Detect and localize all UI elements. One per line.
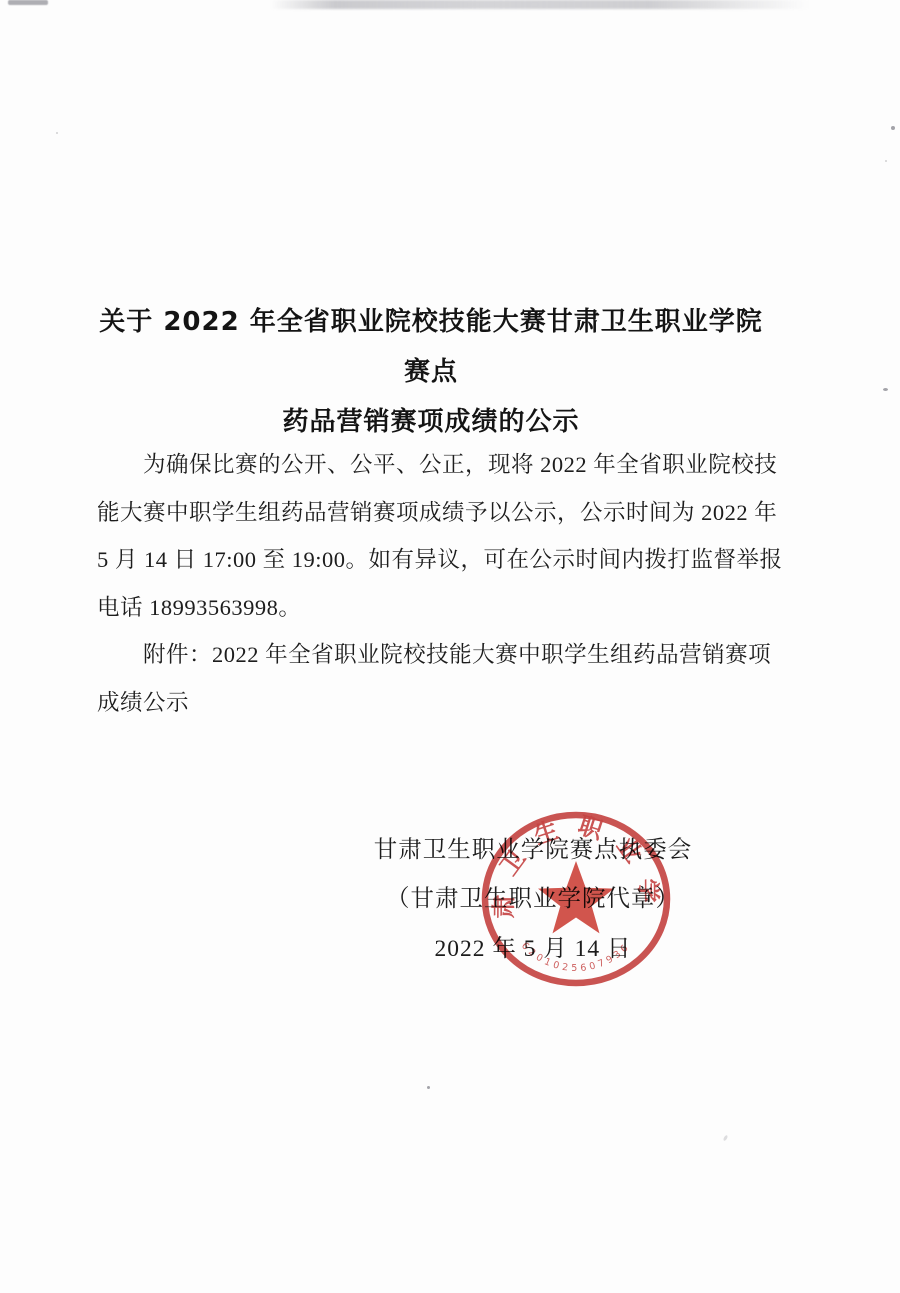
body-line: 电话 18993563998。	[97, 584, 765, 632]
scan-speck	[883, 388, 888, 391]
scan-speck	[56, 132, 58, 134]
seal-serial-number: 6201025607936	[519, 940, 633, 974]
document-page: 关于 2022 年全省职业院校技能大赛甘肃卫生职业学院赛点 药品营销赛项成绩的公…	[0, 0, 900, 1293]
scan-speck	[891, 126, 895, 130]
body-line: 5 月 14 日 17:00 至 19:00。如有异议，可在公示时间内拨打监督举…	[97, 536, 765, 584]
body-line-attachment: 附件：2022 年全省职业院校技能大赛中职学生组药品营销赛项	[97, 631, 765, 679]
body-line: 为确保比赛的公开、公平、公正，现将 2022 年全省职业院校技	[97, 441, 765, 489]
seal-star-icon	[538, 861, 614, 933]
official-seal: 甘肃卫生职业学院 6201025607936	[478, 805, 674, 993]
document-title: 关于 2022 年全省职业院校技能大赛甘肃卫生职业学院赛点 药品营销赛项成绩的公…	[95, 297, 767, 447]
scan-speck	[885, 160, 887, 162]
scan-mark	[8, 0, 48, 5]
scan-speck	[723, 1135, 729, 1142]
scan-smudge	[270, 0, 810, 9]
document-body: 为确保比赛的公开、公平、公正，现将 2022 年全省职业院校技 能大赛中职学生组…	[97, 441, 765, 727]
body-line: 成绩公示	[97, 679, 765, 727]
body-line: 能大赛中职学生组药品营销赛项成绩予以公示，公示时间为 2022 年	[97, 489, 765, 537]
title-line-2: 药品营销赛项成绩的公示	[95, 397, 767, 447]
title-line-1: 关于 2022 年全省职业院校技能大赛甘肃卫生职业学院赛点	[95, 297, 767, 397]
scan-speck	[427, 1086, 430, 1089]
